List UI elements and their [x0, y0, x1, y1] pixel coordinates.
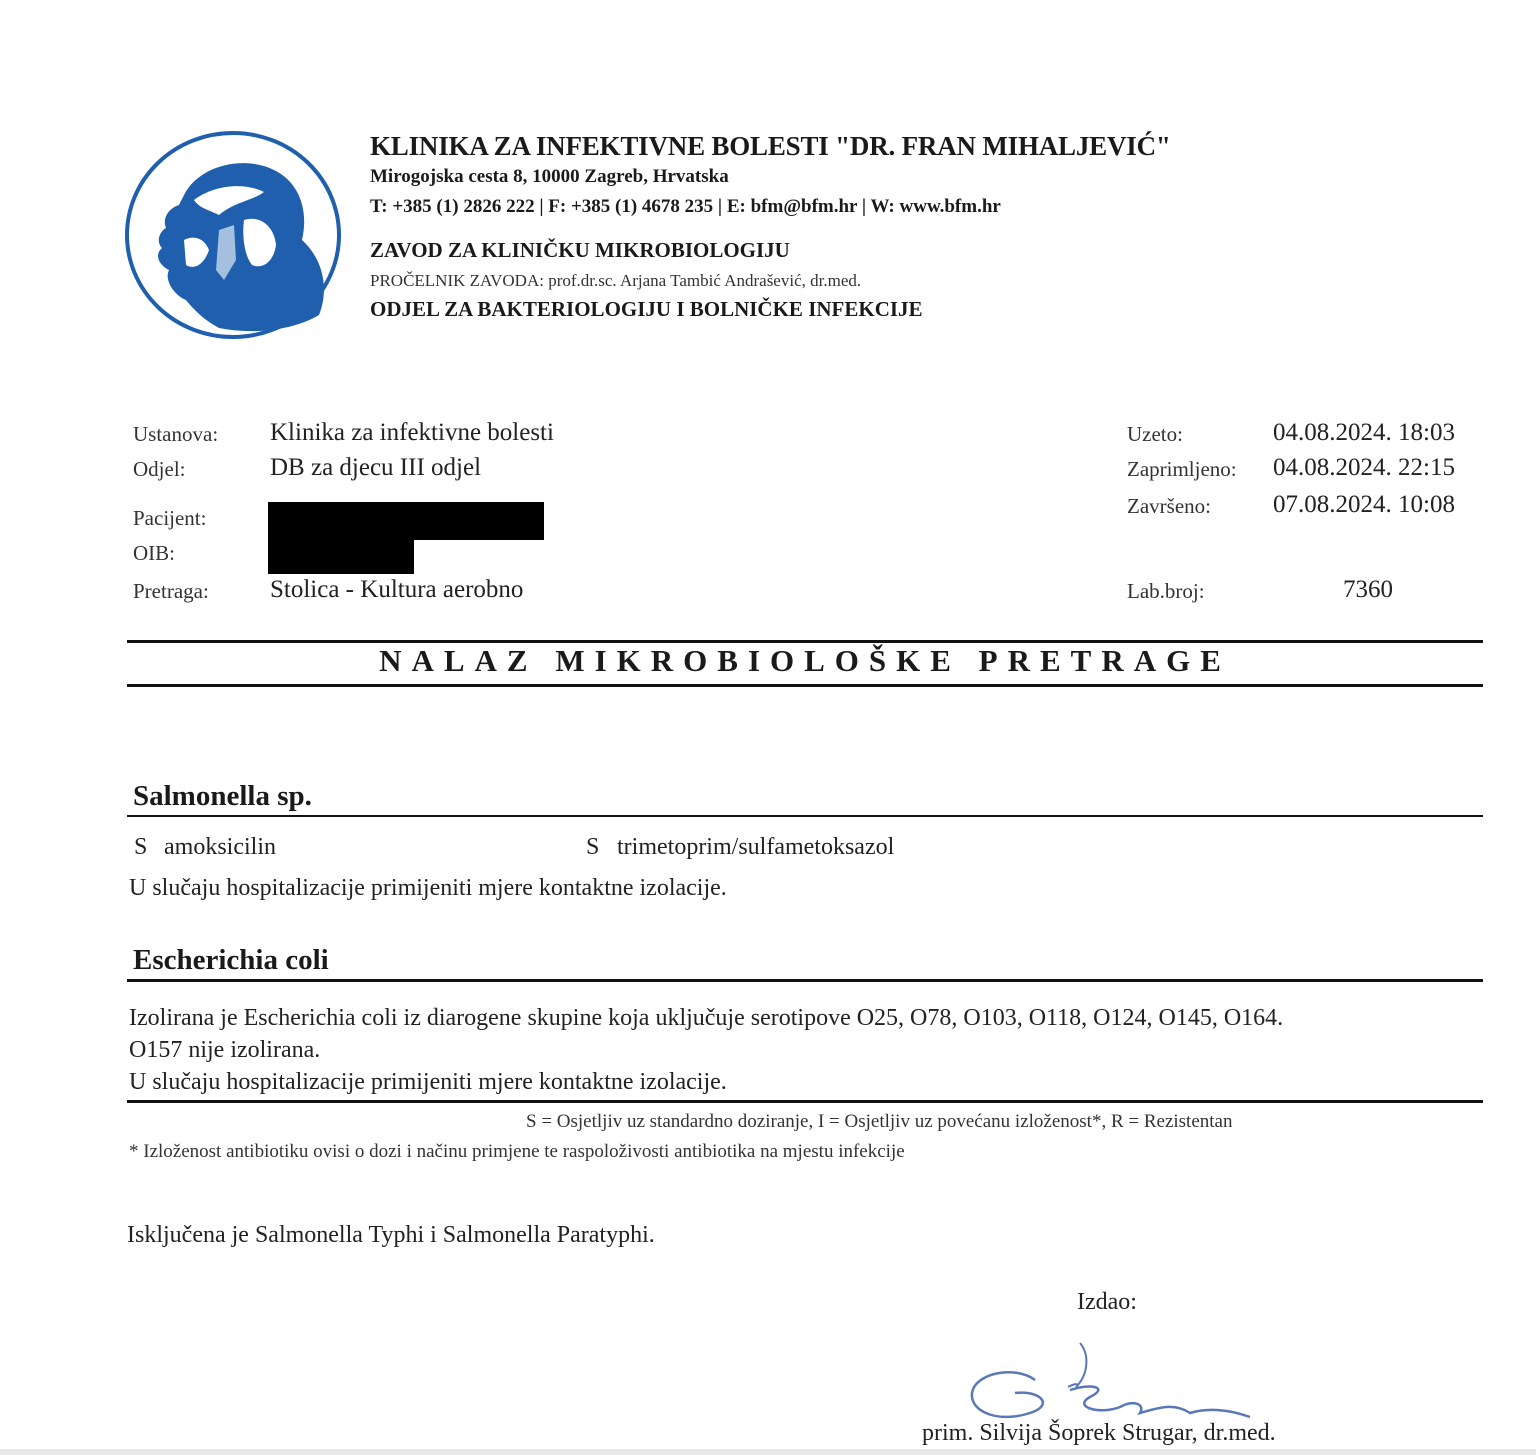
department-head: PROČELNIK ZAVODA: prof.dr.sc. Arjana Tam… [370, 271, 861, 291]
division-name: ODJEL ZA BAKTERIOLOGIJU I BOLNIČKE INFEK… [370, 297, 923, 322]
labbroj-value: 7360 [1343, 576, 1393, 604]
report-title: NALAZ MIKROBIOLOŠKE PRETRAGE [127, 643, 1483, 679]
department-head-label: PROČELNIK ZAVODA: [370, 271, 544, 290]
zaprimljeno-value: 04.08.2024. 22:15 [1273, 454, 1455, 482]
organism-rule [127, 979, 1483, 982]
portrait-medallion-icon [124, 130, 342, 340]
pretraga-label: Pretraga: [133, 579, 209, 604]
zaprimljeno-label: Zaprimljeno: [1127, 457, 1237, 482]
odjel-label: Odjel: [133, 457, 186, 482]
department-name: ZAVOD ZA KLINIČKU MIKROBIOLOGIJU [370, 238, 790, 263]
institution-name: KLINIKA ZA INFEKTIVNE BOLESTI "DR. FRAN … [370, 131, 1171, 162]
organism-note: O157 nije izolirana. [129, 1037, 320, 1064]
exposure-footnote: * Izloženost antibiotiku ovisi o dozi i … [129, 1141, 905, 1163]
conclusion-text: Isključena je Salmonella Typhi i Salmone… [127, 1222, 655, 1249]
ustanova-value: Klinika za infektivne bolesti [270, 419, 554, 447]
antibiotic-result: S [586, 834, 599, 861]
oib-label: OIB: [133, 541, 175, 566]
susceptibility-legend: S = Osjetljiv uz standardno doziranje, I… [526, 1111, 1232, 1133]
uzeto-value: 04.08.2024. 18:03 [1273, 419, 1455, 447]
zavrseno-label: Završeno: [1127, 494, 1211, 519]
antibiotic-name: amoksicilin [164, 834, 276, 861]
pacijent-label: Pacijent: [133, 506, 206, 531]
organism-note: U slučaju hospitalizacije primijeniti mj… [129, 1069, 727, 1096]
organism-rule [127, 815, 1483, 817]
antibiotic-result: S [134, 834, 147, 861]
organism-name: Salmonella sp. [133, 780, 312, 813]
antibiotic-name: trimetoprim/sulfametoksazol [617, 834, 894, 861]
zavrseno-value: 07.08.2024. 10:08 [1273, 491, 1455, 519]
signer-name: prim. Silvija Šoprek Strugar, dr.med. [922, 1420, 1276, 1447]
institution-contact: T: +385 (1) 2826 222 | F: +385 (1) 4678 … [370, 196, 1001, 218]
labbroj-label: Lab.broj: [1127, 579, 1205, 604]
organism-name: Escherichia coli [133, 944, 329, 977]
oib-redaction [268, 538, 414, 574]
ustanova-label: Ustanova: [133, 422, 218, 447]
department-head-name: prof.dr.sc. Arjana Tambić Andrašević, dr… [548, 271, 861, 290]
patient-name-redaction [268, 502, 544, 540]
pretraga-value: Stolica - Kultura aerobno [270, 576, 523, 604]
organism-note: Izolirana je Escherichia coli iz diaroge… [129, 1005, 1283, 1032]
issued-label: Izdao: [1077, 1289, 1137, 1316]
odjel-value: DB za djecu III odjel [270, 454, 481, 482]
uzeto-label: Uzeto: [1127, 422, 1183, 447]
institution-address: Mirogojska cesta 8, 10000 Zagreb, Hrvats… [370, 166, 729, 188]
page-bottom-edge [0, 1449, 1536, 1455]
results-end-rule [127, 1100, 1483, 1103]
organism-note: U slučaju hospitalizacije primijeniti mj… [129, 875, 727, 902]
title-bottom-rule [127, 684, 1483, 687]
